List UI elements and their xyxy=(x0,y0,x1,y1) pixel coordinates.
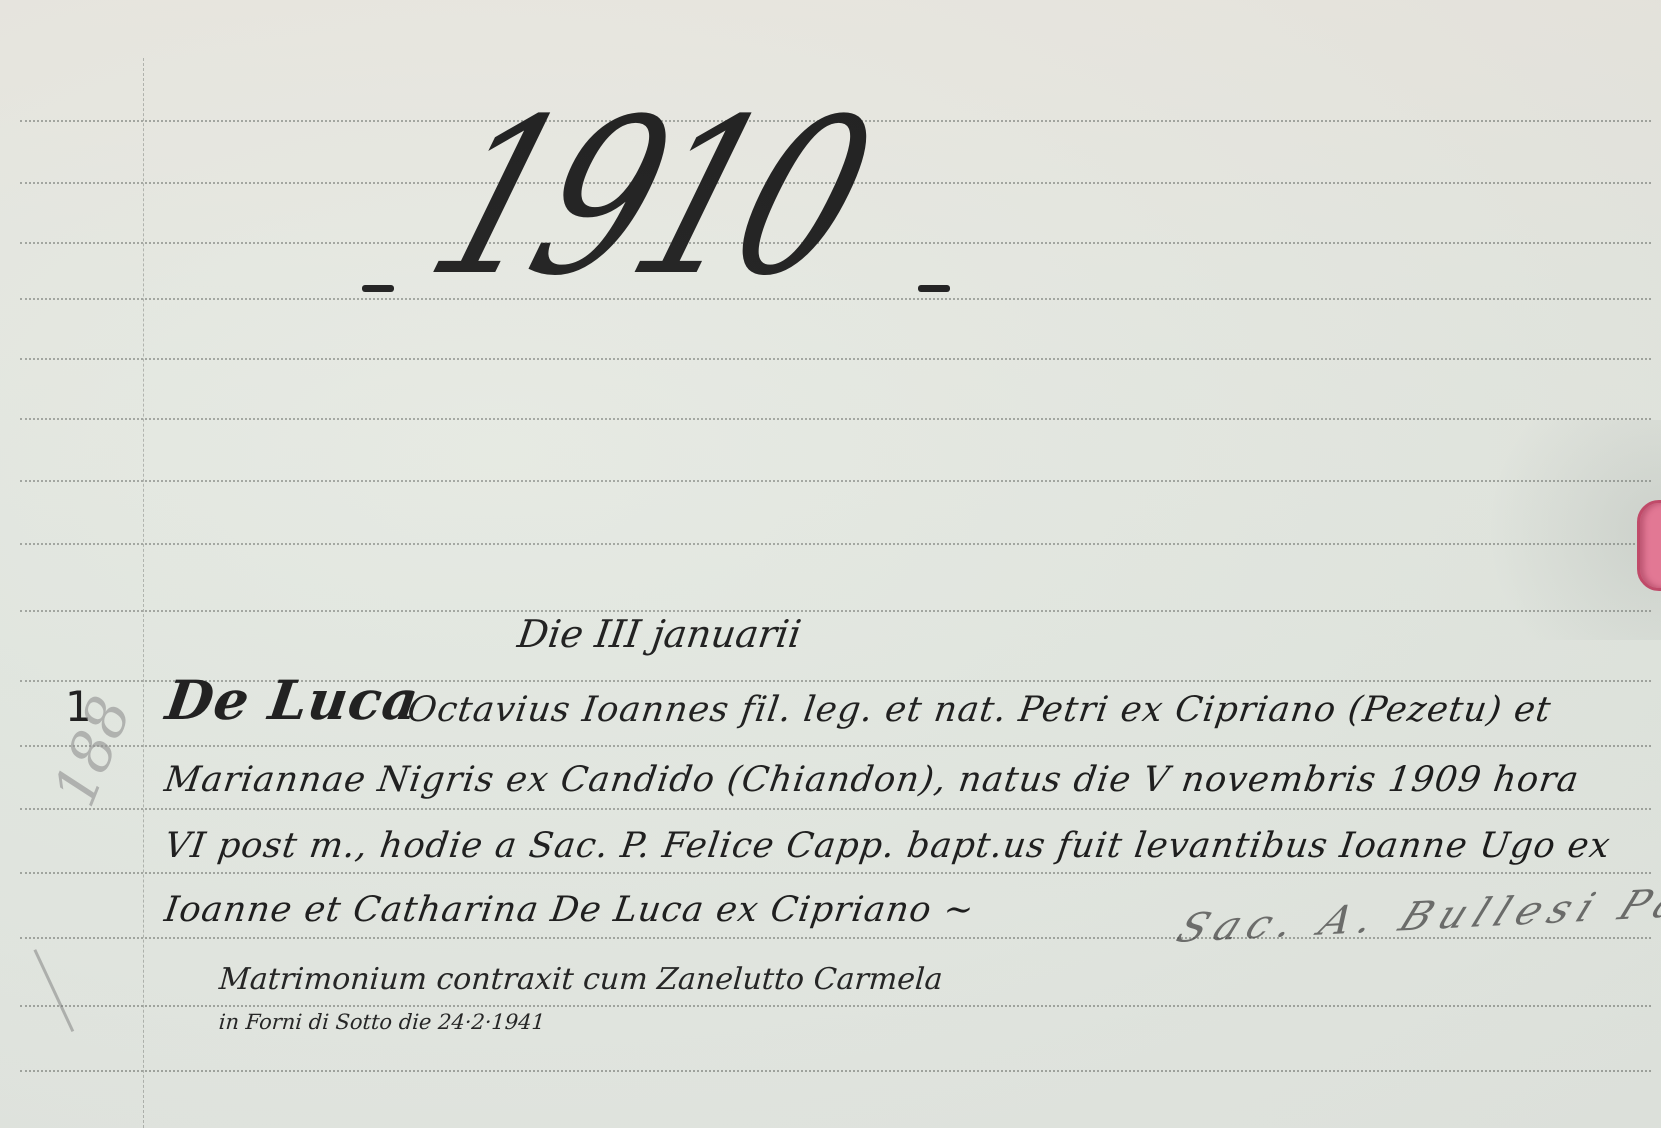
marriage-annotation: Matrimonium contraxit cum Zanelutto Carm… xyxy=(218,962,944,997)
entry-line-1: Octavius Ioannes fil. leg. et nat. Petri… xyxy=(405,690,1554,730)
year-text: 1910 xyxy=(410,90,883,305)
entry-line-4: Ioanne et Catharina De Luca ex Cipriano … xyxy=(162,890,977,930)
pink-index-tab xyxy=(1637,500,1661,591)
entry-date: Die III januarii xyxy=(515,612,804,656)
entry-surname: De Luca xyxy=(162,668,423,732)
marriage-annotation-place-date: in Forni di Sotto die 24·2·1941 xyxy=(218,1010,546,1034)
ruled-line xyxy=(20,1005,1651,1007)
tab-shadow xyxy=(1441,420,1661,640)
margin-line xyxy=(143,58,144,1128)
ruled-line xyxy=(20,418,1651,420)
ruled-line xyxy=(20,358,1651,360)
heading-dash-right xyxy=(918,285,950,292)
year-heading: 1910 xyxy=(370,90,1010,320)
entry-line-3: VI post m., hodie a Sac. P. Felice Capp.… xyxy=(162,826,1613,866)
ruled-line xyxy=(20,480,1651,482)
ruled-line xyxy=(20,872,1651,874)
register-page: 1910 Die III januarii 1 De Luca Octavius… xyxy=(0,0,1661,1128)
ruled-line xyxy=(20,610,1651,612)
ruled-line xyxy=(20,543,1651,545)
heading-dash-left xyxy=(362,285,394,292)
priest-signature: Sac. A. Bullesi Par. xyxy=(1170,878,1661,952)
ruled-line xyxy=(20,1070,1651,1072)
entry-line-2: Mariannae Nigris ex Candido (Chiandon), … xyxy=(162,760,1582,800)
ruled-line xyxy=(20,745,1651,747)
margin-pencil-note: 188 xyxy=(40,687,145,815)
ruled-line xyxy=(20,808,1651,810)
margin-pencil-mark xyxy=(33,928,119,1032)
